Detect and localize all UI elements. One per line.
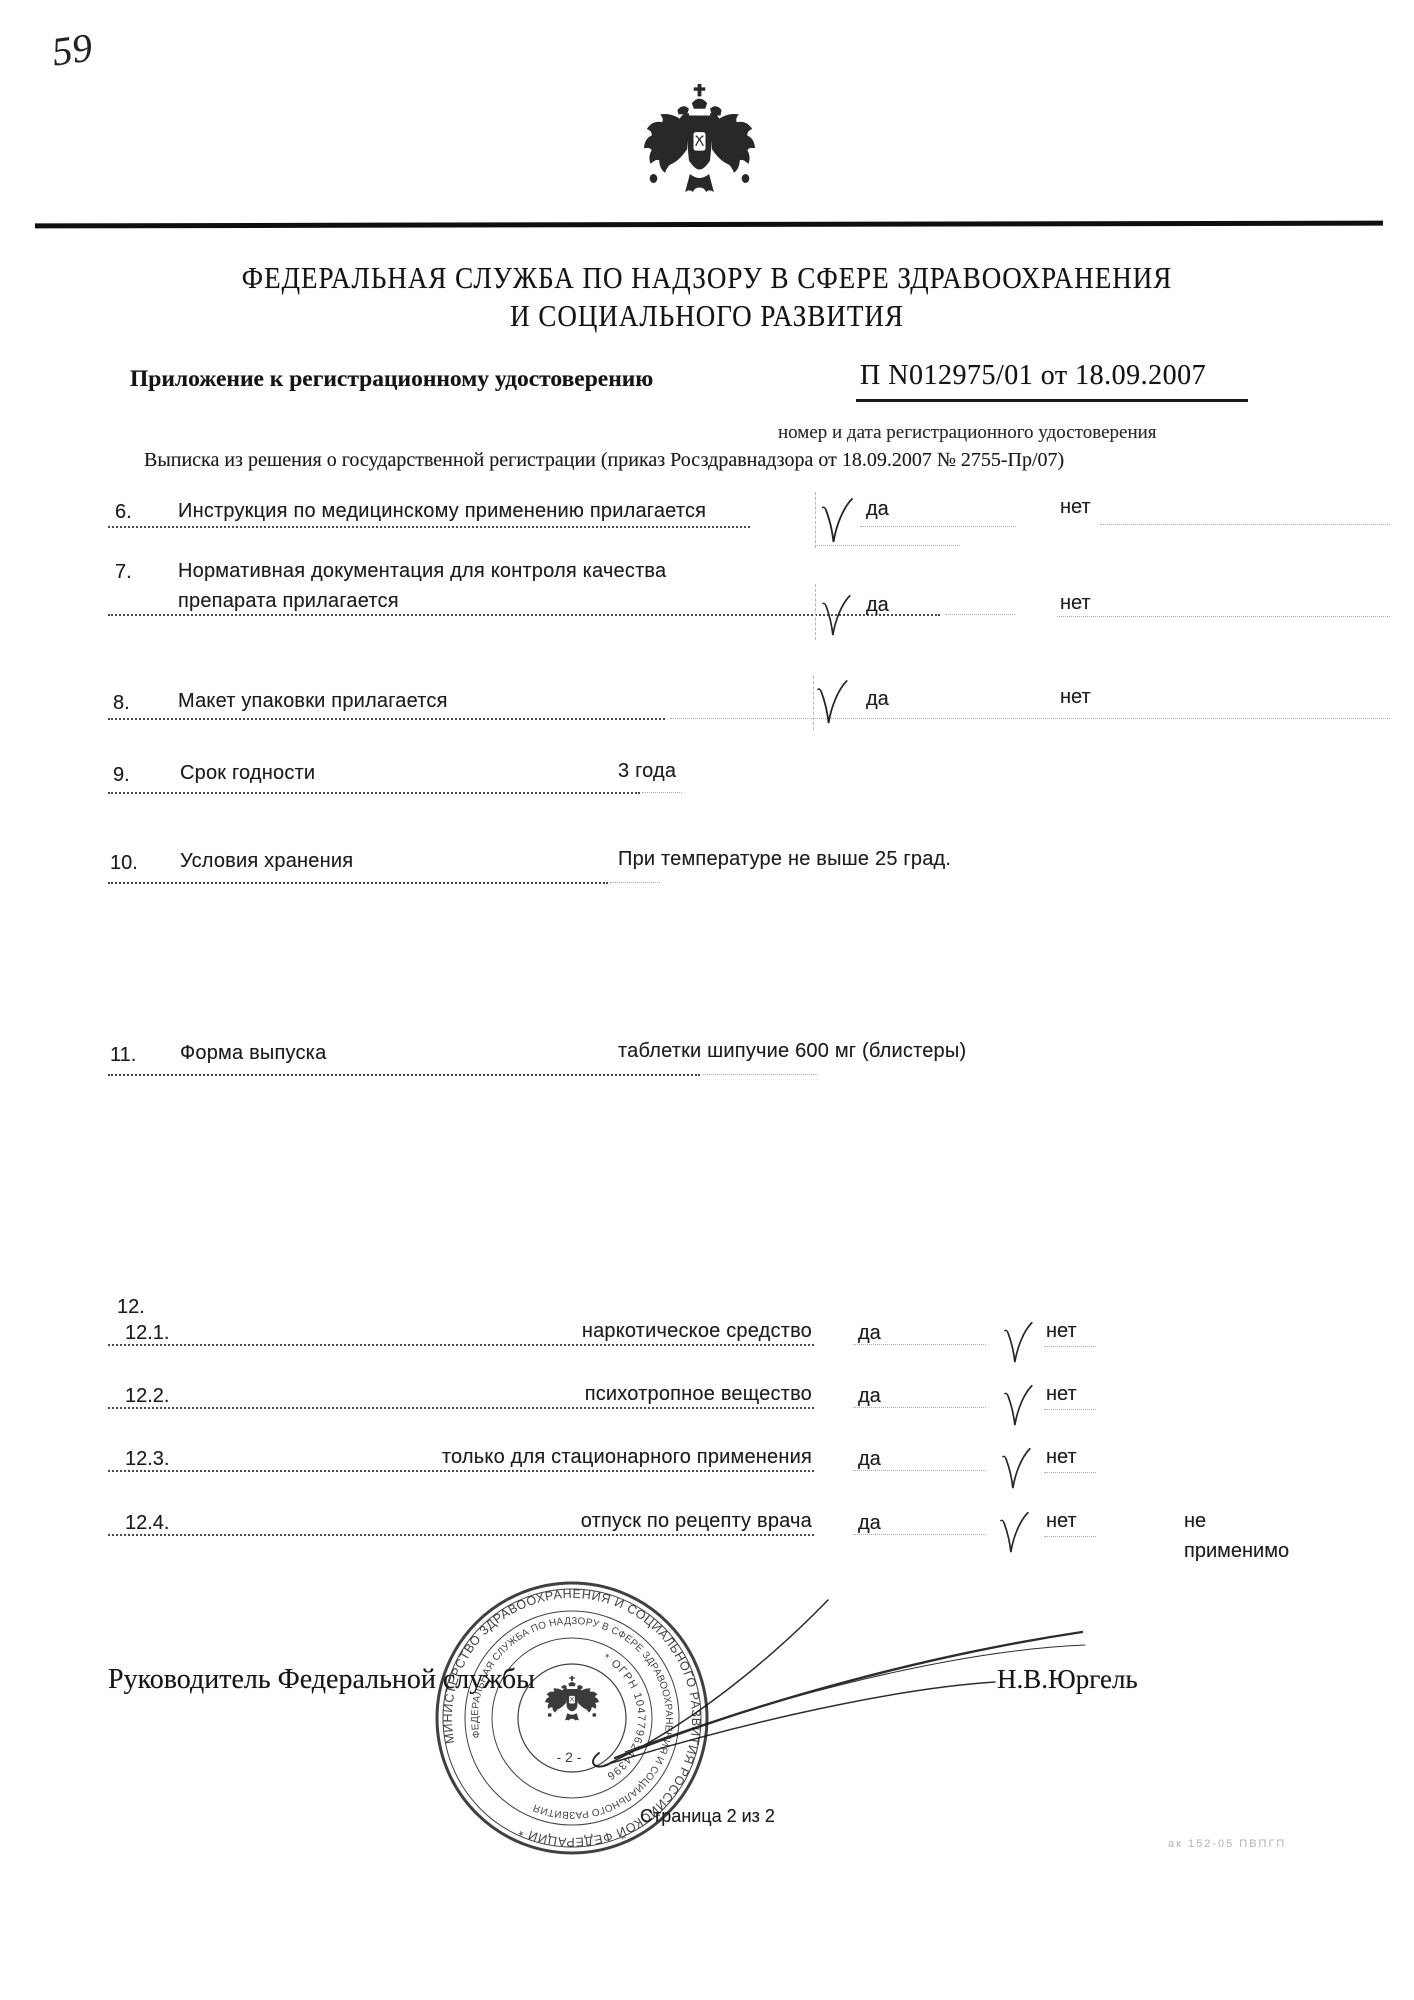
- item12-4-label: отпуск по рецепту врача: [300, 1510, 812, 1533]
- item12-2-dotted-line: [108, 1407, 814, 1409]
- header-rule: [35, 221, 1383, 229]
- item7-option-yes: да: [866, 594, 889, 617]
- item12-1-option-no: нет: [1046, 1320, 1077, 1343]
- item11-value: таблетки шипучие 600 мг (блистеры): [618, 1040, 966, 1063]
- org-title-line2: И СОЦИАЛЬНОГО РАЗВИТИЯ: [0, 299, 1414, 334]
- item11-label: Форма выпуска: [180, 1042, 326, 1065]
- item12-2-checkmark-net: [1003, 1383, 1035, 1427]
- item12-2-label: психотропное вещество: [300, 1383, 812, 1406]
- coat-of-arms-eagle-icon: [642, 84, 757, 210]
- item8-dotted-line-mid: [670, 718, 1390, 719]
- item12-3-checkmark-net: [1001, 1446, 1033, 1490]
- reg-number-caption: номер и дата регистрационного удостовере…: [778, 422, 1157, 444]
- item12-4-number: 12.4.: [125, 1512, 169, 1535]
- item8-option-no: нет: [1060, 686, 1091, 709]
- reg-number-underline: [856, 399, 1248, 402]
- item7-label-line2: препарата прилагается: [178, 590, 399, 613]
- item12-1-label: наркотическое средство: [300, 1320, 812, 1343]
- item6-checkmark-da: [820, 496, 856, 544]
- item9-dotted-line-tail: [642, 792, 682, 793]
- item7-number: 7.: [115, 561, 132, 584]
- item12-4-dotted-line: [108, 1534, 814, 1536]
- item12-4-dotted-line-no: [1044, 1536, 1096, 1537]
- item12-3-option-yes: да: [858, 1448, 881, 1471]
- item7-checkmark-da: [820, 593, 854, 637]
- item12-number: 12.: [117, 1296, 145, 1319]
- item12-1-number: 12.1.: [125, 1322, 169, 1345]
- item6-cell-border: [815, 492, 816, 548]
- document-code: ак 152-05 ПВПГП: [1168, 1838, 1286, 1850]
- item11-dotted-line: [108, 1074, 700, 1076]
- item6-option-yes: да: [866, 498, 889, 521]
- item12-2-option-no: нет: [1046, 1383, 1077, 1406]
- item12-3-label: только для стационарного применения: [300, 1446, 812, 1469]
- item7-cell-border: [815, 584, 816, 640]
- item9-number: 9.: [113, 764, 130, 787]
- item8-option-yes: да: [866, 688, 889, 711]
- item10-dotted-line-tail: [610, 882, 660, 883]
- item6-dotted-line-right: [1100, 524, 1390, 525]
- item8-label: Макет упаковки прилагается: [178, 690, 448, 713]
- item12-1-checkmark-net: [1003, 1320, 1035, 1364]
- item12-1-option-yes: да: [858, 1322, 881, 1345]
- item12-3-option-no: нет: [1046, 1446, 1077, 1469]
- item8-dotted-line: [108, 718, 665, 720]
- item12-4-not-applicable-line2: применимо: [1184, 1540, 1289, 1563]
- item12-1-dotted-line-no: [1044, 1346, 1096, 1347]
- item12-3-dotted-line-no: [1044, 1472, 1096, 1473]
- item9-dotted-line: [108, 792, 640, 794]
- item10-value: При температуре не выше 25 град.: [618, 848, 951, 871]
- item6-option-no: нет: [1060, 496, 1091, 519]
- item9-value: 3 года: [618, 760, 676, 783]
- extract-line: Выписка из решения о государственной рег…: [144, 449, 1064, 472]
- item12-3-number: 12.3.: [125, 1448, 169, 1471]
- item7-option-no: нет: [1060, 592, 1091, 615]
- item7-dotted-line-mid: [945, 614, 1015, 615]
- signature-ink: [530, 1585, 1100, 1795]
- item10-dotted-line: [108, 882, 608, 884]
- item8-checkmark-da: [815, 678, 851, 725]
- item11-dotted-line-tail: [703, 1074, 818, 1075]
- item12-2-number: 12.2.: [125, 1385, 169, 1408]
- item7-dotted-line-right: [1057, 616, 1390, 617]
- item6-number: 6.: [115, 501, 132, 524]
- item12-1-dotted-line: [108, 1344, 814, 1346]
- item9-label: Срок годности: [180, 762, 315, 785]
- item12-4-not-applicable-line1: не: [1184, 1510, 1206, 1533]
- item8-number: 8.: [113, 692, 130, 715]
- item6-dotted-line: [108, 526, 750, 528]
- item10-number: 10.: [110, 852, 138, 875]
- reg-number: П N012975/01 от 18.09.2007: [860, 360, 1206, 392]
- item6-cell-bottom: [815, 545, 960, 546]
- item11-number: 11.: [110, 1044, 136, 1067]
- item12-4-option-yes: да: [858, 1512, 881, 1535]
- item8-cell-border: [813, 676, 814, 730]
- handwritten-page-number: 59: [49, 23, 95, 75]
- item12-4-checkmark-net: [999, 1510, 1031, 1554]
- item12-3-dotted-line: [108, 1470, 814, 1472]
- appendix-label: Приложение к регистрационному удостовере…: [130, 366, 653, 393]
- item7-label-line1: Нормативная документация для контроля ка…: [178, 560, 666, 583]
- item6-dotted-line-mid: [860, 526, 1016, 527]
- item10-label: Условия хранения: [180, 850, 353, 873]
- item6-label: Инструкция по медицинскому применению пр…: [178, 500, 706, 523]
- org-title-line1: ФЕДЕРАЛЬНАЯ СЛУЖБА ПО НАДЗОРУ В СФЕРЕ ЗД…: [0, 261, 1414, 296]
- scanned-document-page: 59 ФЕДЕРАЛЬНАЯ СЛУЖБА ПО НАДЗОРУ В СФЕРЕ…: [0, 0, 1414, 2000]
- item12-4-option-no: нет: [1046, 1510, 1077, 1533]
- item12-2-dotted-line-no: [1044, 1409, 1096, 1410]
- item12-2-option-yes: да: [858, 1385, 881, 1408]
